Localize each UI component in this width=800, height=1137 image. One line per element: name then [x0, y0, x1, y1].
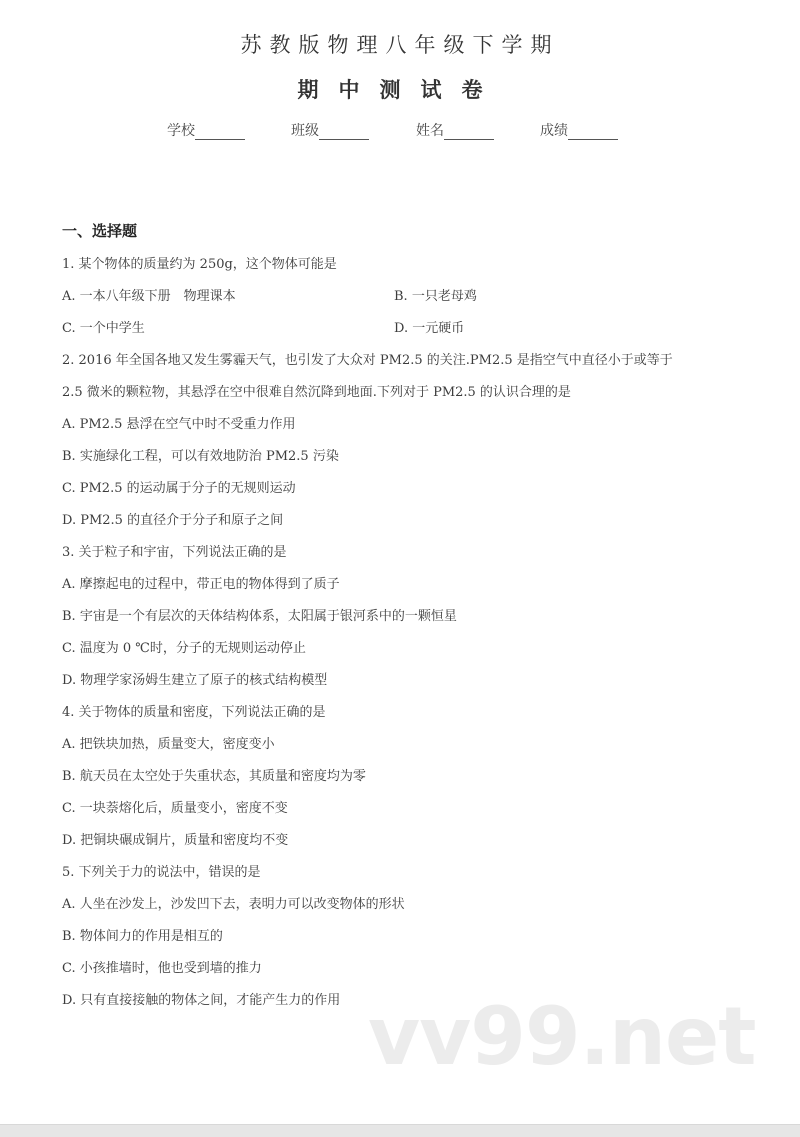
blank-line [319, 125, 369, 140]
question-1-option-a: A. 一本八年级下册 物理课本 [62, 285, 236, 304]
blank-line [444, 125, 494, 140]
question-5-option-a: A. 人坐在沙发上，沙发凹下去，表明力可以改变物体的形状 [62, 893, 405, 912]
field-class: 班级 [291, 120, 369, 140]
question-4-stem: 4. 关于物体的质量和密度，下列说法正确的是 [62, 701, 326, 720]
document-title: 苏教版物理八年级下学期 [0, 29, 800, 59]
question-5-stem: 5. 下列关于力的说法中，错误的是 [62, 861, 261, 880]
question-4-option-d: D. 把铜块碾成铜片，质量和密度均不变 [62, 829, 288, 848]
question-3-option-d: D. 物理学家汤姆生建立了原子的核式结构模型 [62, 669, 327, 688]
question-1-stem: 1. 某个物体的质量约为 250g，这个物体可能是 [62, 253, 337, 272]
question-1-option-b: B. 一只老母鸡 [394, 285, 477, 304]
watermark: vv99.net [368, 990, 755, 1083]
document-subtitle: 期中测试卷 [0, 74, 800, 104]
blank-line [568, 125, 618, 140]
question-5-option-d: D. 只有直接接触的物体之间，才能产生力的作用 [62, 989, 340, 1008]
question-2-option-d: D. PM2.5 的直径介于分子和原子之间 [62, 509, 283, 528]
question-1-option-c: C. 一个中学生 [62, 317, 145, 336]
question-1-option-d: D. 一元硬币 [394, 317, 464, 336]
question-3-stem: 3. 关于粒子和宇宙，下列说法正确的是 [62, 541, 287, 560]
question-2-option-c: C. PM2.5 的运动属于分子的无规则运动 [62, 477, 296, 496]
document-page: 苏教版物理八年级下学期 期中测试卷 学校 班级 姓名 成绩 一、选择题 1. 某… [0, 0, 800, 1124]
question-3-option-c: C. 温度为 0 ℃时，分子的无规则运动停止 [62, 637, 306, 656]
question-2-option-b: B. 实施绿化工程，可以有效地防治 PM2.5 污染 [62, 445, 339, 464]
question-5-option-b: B. 物体间力的作用是相互的 [62, 925, 223, 944]
question-3-option-b: B. 宇宙是一个有层次的天体结构体系，太阳属于银河系中的一颗恒星 [62, 605, 457, 624]
question-4-option-a: A. 把铁块加热，质量变大，密度变小 [62, 733, 275, 752]
question-4-option-c: C. 一块萘熔化后，质量变小，密度不变 [62, 797, 288, 816]
page-bottom-edge [0, 1124, 800, 1137]
blank-line [195, 125, 245, 140]
question-5-option-c: C. 小孩推墙时，他也受到墙的推力 [62, 957, 262, 976]
field-school: 学校 [167, 120, 245, 140]
question-3-option-a: A. 摩擦起电的过程中，带正电的物体得到了质子 [62, 573, 340, 592]
question-2-stem-line2: 2.5 微米的颗粒物，其悬浮在空中很难自然沉降到地面.下列对于 PM2.5 的认… [62, 381, 571, 400]
question-4-option-b: B. 航天员在太空处于失重状态，其质量和密度均为零 [62, 765, 366, 784]
question-2-stem-line1: 2. 2016 年全国各地又发生雾霾天气，也引发了大众对 PM2.5 的关注.P… [62, 349, 673, 368]
field-score: 成绩 [540, 120, 618, 140]
field-name: 姓名 [416, 120, 494, 140]
question-2-option-a: A. PM2.5 悬浮在空气中时不受重力作用 [62, 413, 296, 432]
section-title: 一、选择题 [62, 220, 137, 241]
